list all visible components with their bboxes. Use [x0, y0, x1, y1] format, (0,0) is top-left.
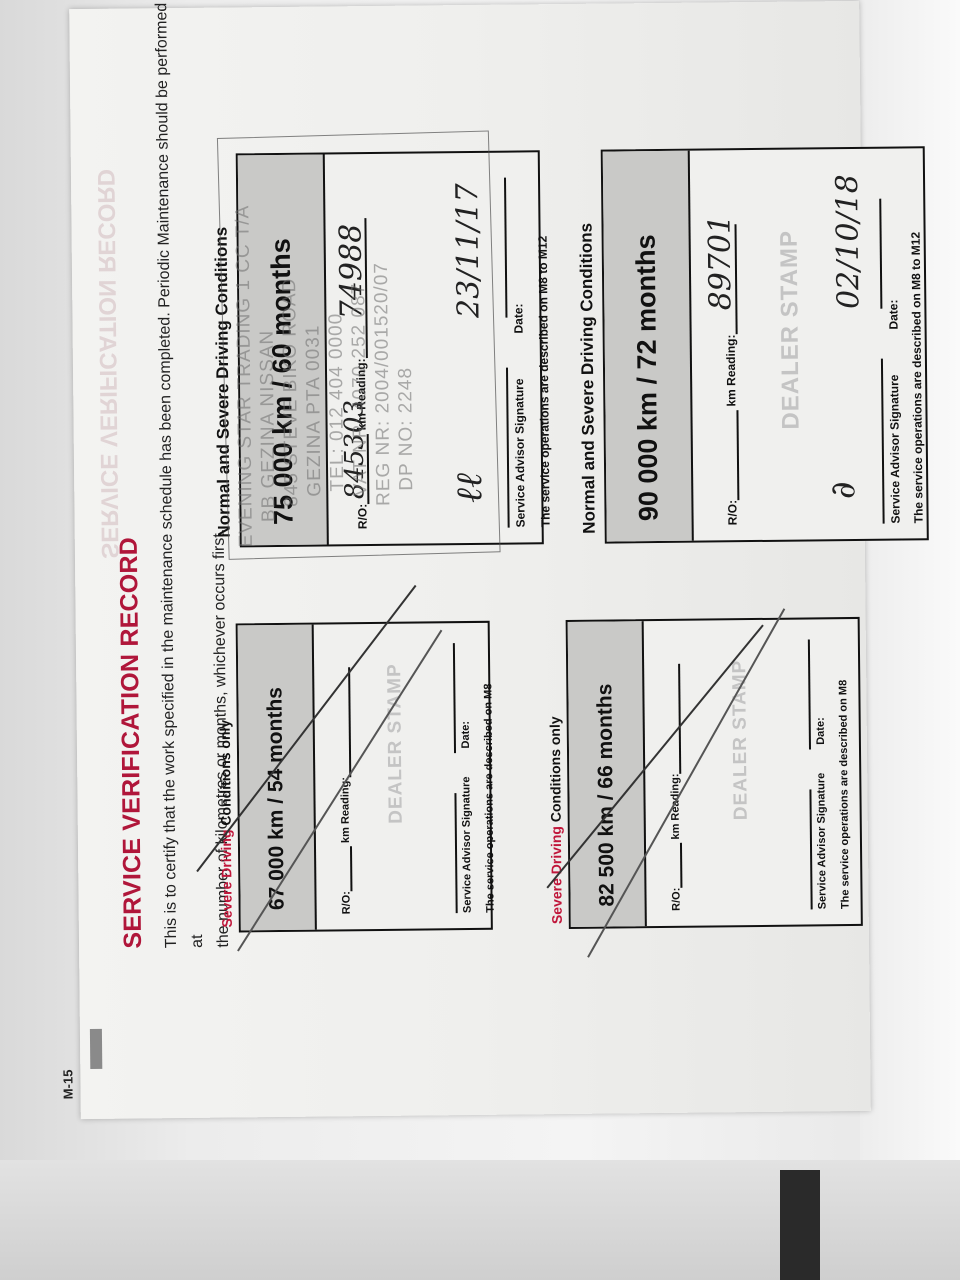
section-label-82500: Severe Driving Conditions only [547, 716, 565, 924]
footer-note: The service operations are described on … [536, 236, 553, 528]
signature-date-row[interactable] [794, 639, 813, 909]
advisor-signature-label: Service Advisor Signature [512, 378, 528, 527]
interval-header: 90 000 km / 72 months [603, 151, 694, 542]
advisor-signature-label: Service Advisor Signature [815, 773, 828, 910]
ro-field[interactable]: R/O: km Reading: [664, 663, 683, 910]
stamp-line: DP NO: 2248 [392, 203, 419, 546]
ro-label: R/O: [670, 888, 682, 911]
stamp-line: EVENING STAR TRADING 1 CC T/A [231, 205, 258, 548]
service-card-67000: 67 000 km / 54 months R/O: km Reading: D… [236, 621, 493, 933]
ro-label: R/O: [340, 891, 352, 914]
page-title: SERVICE VERIFICATION RECORD [115, 537, 148, 949]
advisor-signature-label: Service Advisor Signature [887, 375, 903, 524]
conditions-label: Conditions only [547, 716, 564, 826]
signature-date-row[interactable] [865, 199, 884, 524]
ro-label: R/O: [725, 500, 739, 525]
show-through-heading: SERVICE VERIFICATION RECORD [91, 169, 123, 559]
signature-labels: Service Advisor SignatureDate: [511, 303, 527, 527]
dark-edge [780, 1170, 820, 1280]
date-label: Date: [886, 300, 900, 330]
dealer-stamp-text: EVENING STAR TRADING 1 CC T/A BB GEZINA … [231, 203, 419, 547]
km-reading-label: km Reading: [724, 334, 739, 406]
interval-header: 82 500 km / 66 months [568, 621, 647, 927]
km-reading-handwritten: 89701 [702, 215, 738, 311]
footer-note: The service operations are described on … [482, 684, 496, 913]
date-label: Date: [460, 721, 472, 749]
service-card-90000: 90 000 km / 72 months R/O: km Reading: 8… [601, 146, 929, 543]
signature-date-row[interactable] [439, 643, 458, 913]
page-tab-marker [90, 1029, 102, 1069]
page-number: M-15 [60, 1070, 75, 1100]
service-booklet-page: SERVICE VERIFICATION RECORD SERVICE VERI… [69, 1, 871, 1119]
section-label-90000: Normal and Severe Driving Conditions [576, 223, 599, 534]
advisor-signature-label: Service Advisor Signature [460, 776, 473, 913]
footer-note: The service operations are described on … [909, 232, 926, 524]
date-label: Date: [815, 717, 827, 745]
footer-note: The service operations are described on … [837, 680, 851, 909]
interval-header: 67 000 km / 54 months [238, 625, 317, 931]
service-card-82500: 82 500 km / 66 months R/O: km Reading: D… [566, 617, 863, 929]
signature-labels: Service Advisor SignatureDate: [460, 721, 474, 913]
dealer-stamp-placeholder: DEALER STAMP [776, 230, 806, 430]
signature-labels: Service Advisor SignatureDate: [886, 300, 902, 524]
date-label: Date: [511, 303, 525, 333]
date-handwritten: 02/10/18 [830, 174, 866, 309]
advisor-signature-handwritten: ∂ [823, 481, 863, 499]
severe-driving-label: Severe Driving [218, 829, 235, 927]
conditions-label: Conditions only [217, 720, 234, 830]
signature-labels: Service Advisor SignatureDate: [815, 717, 829, 909]
